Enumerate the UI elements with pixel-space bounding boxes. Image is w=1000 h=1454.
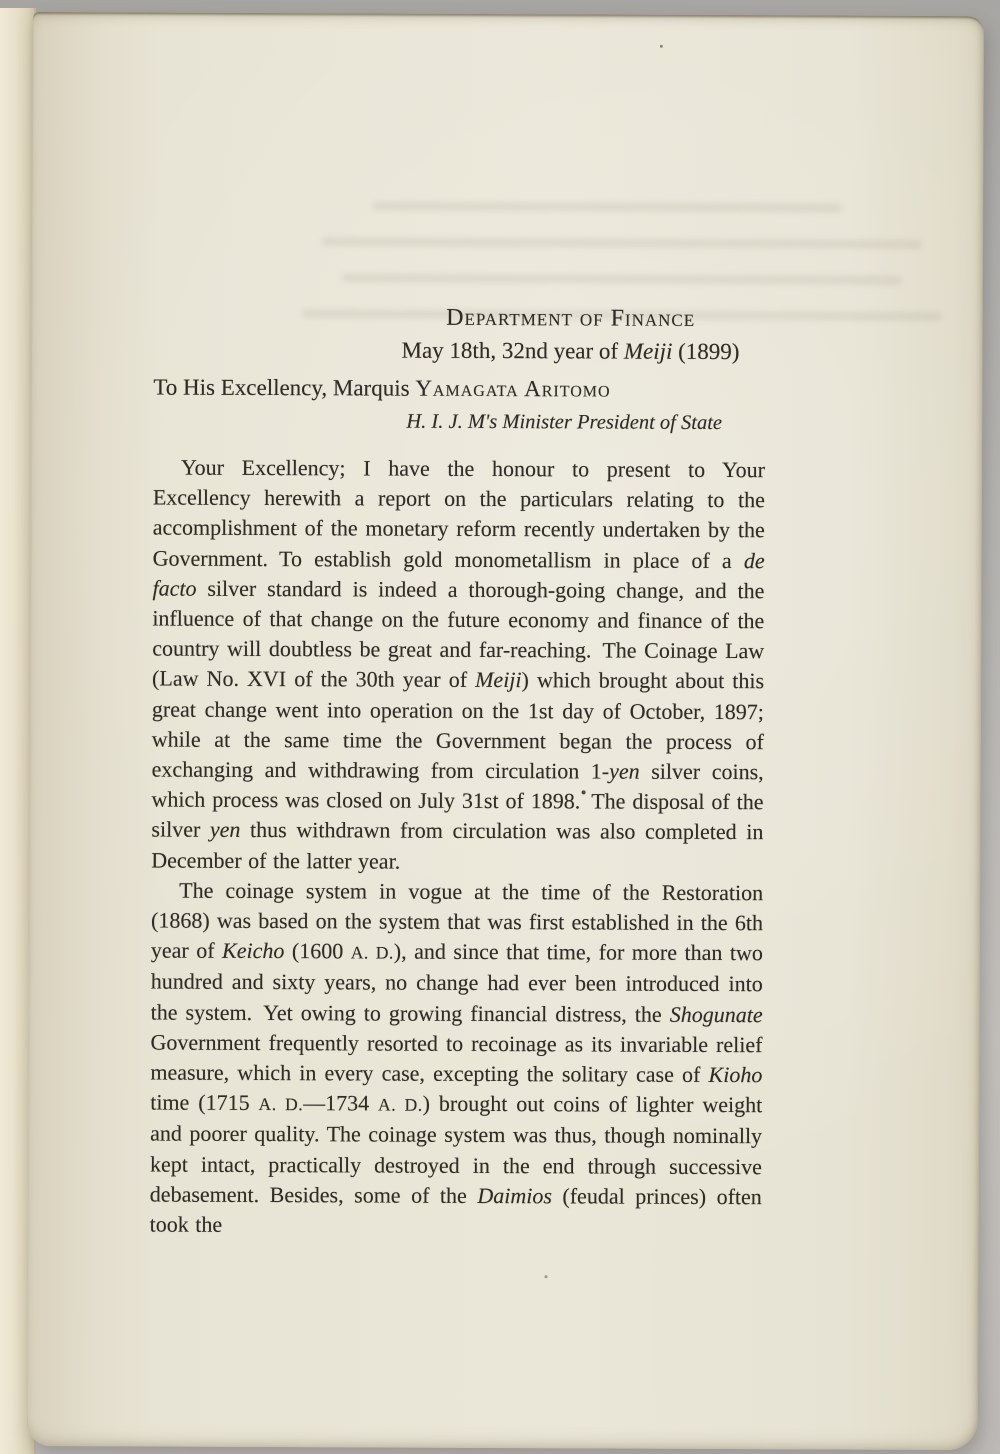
body-text: Your Excellency; I have the honour to pr… <box>150 453 765 1243</box>
ink-speck <box>660 45 663 48</box>
book-page: Department of Finance May 18th, 32nd yea… <box>27 12 984 1450</box>
photo-backdrop: Department of Finance May 18th, 32nd yea… <box>0 0 1000 1454</box>
body-paragraph-2: The coinage system in vogue at the time … <box>150 875 764 1242</box>
date-line: May 18th, 32nd year of Meiji (1899) <box>375 333 765 368</box>
minister-title-line: H. I. J. M's Minister President of State <box>363 406 765 438</box>
ink-speck <box>544 1275 547 1278</box>
salutation-line: To His Excellency, Marquis Yamagata Arit… <box>153 371 765 407</box>
page-content: Department of Finance May 18th, 32nd yea… <box>150 301 766 1243</box>
body-paragraph-1: Your Excellency; I have the honour to pr… <box>151 453 765 879</box>
department-heading: Department of Finance <box>376 301 766 335</box>
